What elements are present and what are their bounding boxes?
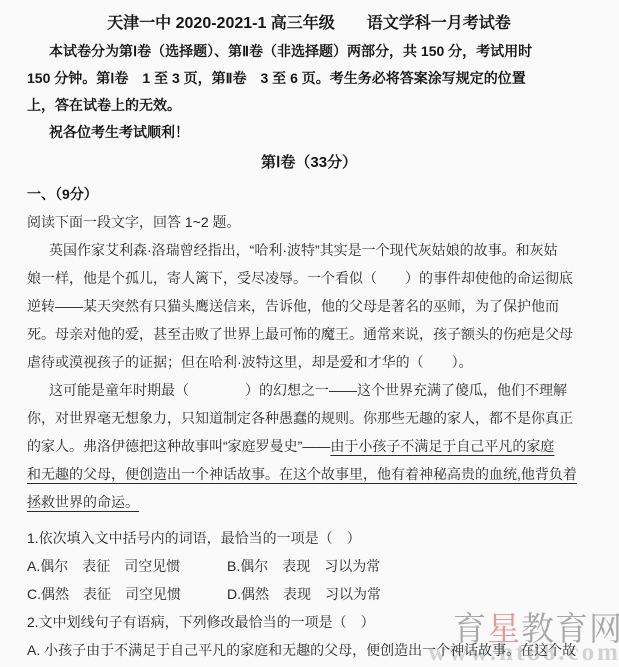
paragraph2-line: 拯救世界的命运。 [27, 488, 591, 516]
intro-line-2: 150 分钟。第Ⅰ卷 1 至 3 页，第Ⅱ卷 3 至 6 页。考生务必将答案涂写… [27, 65, 591, 92]
exam-paper-page: 育星教育网 www.ht88.com 天津一中 2020-2021-1 高三年级… [0, 0, 619, 667]
wish-line: 祝各位考生考试顺利！ [27, 119, 591, 146]
question1-stem: 1.依次填入文中括号内的词语，最恰当的一项是（ ） [27, 524, 591, 552]
question1-option-row: C.偶然 表征 司空见惯 D.偶然 表现 习以为常 [27, 580, 591, 608]
paragraph2-line: 这可能是童年时期最（ ）的幻想之一——这个世界充满了傻瓜，他们不理解 [27, 376, 591, 404]
paragraph1-line: 英国作家艾利森·洛瑞曾经指出，“哈利·波特”其实是一个现代灰姑娘的故事。和灰姑 [27, 236, 591, 264]
reading-instruction: 阅读下面一段文字，回答 1~2 题。 [27, 208, 591, 236]
option-d: D.偶然 表现 习以为常 [227, 580, 381, 608]
question2-stem: 2.文中划线句子有语病，下列修改最恰当的一项是（ ） [27, 608, 591, 636]
question2-option-a: A. 小孩子由于不满足于自己平凡的家庭和无趣的父母，便创造出一个神话故事。在这个… [27, 636, 591, 664]
part-one-heading: 一、（9分） [27, 180, 591, 208]
intro-line-1: 本试卷分为第Ⅰ卷（选择题）、第Ⅱ卷（非选择题）两部分，共 150 分，考试用时 [27, 38, 591, 65]
underlined-sentence-part: 由于小孩子不满足于自己平凡的家庭 [330, 438, 554, 454]
option-b: B.偶尔 表现 习以为常 [227, 552, 380, 580]
paragraph2-line: 和无趣的父母，便创造出一个神话故事。在这个故事里，他有着神秘高贵的血统,他背负着 [27, 460, 591, 488]
paragraph2-line3-normal: 的家人。弗洛伊德把这种故事叫“家庭罗曼史”—— [27, 438, 330, 454]
question1-option-row: A.偶尔 表征 司空见惯 B.偶尔 表现 习以为常 [27, 552, 591, 580]
paper-content: 天津一中 2020-2021-1 高三年级 语文学科一月考试卷 本试卷分为第Ⅰ卷… [0, 0, 619, 664]
underlined-sentence-part: 拯救世界的命运。 [27, 494, 139, 510]
paragraph1-line: 虐待或漠视孩子的证据；但在哈利·波特这里，却是爱和才华的（ ）。 [27, 348, 591, 376]
paragraph2-line: 你，对世界毫无想象力，只知道制定各种愚蠢的规则。你那些无趣的家人，都不是你真正 [27, 404, 591, 432]
paragraph1-line: 逆转——某天突然有只猫头鹰送信来，告诉他，他的父母是著名的巫师，为了保护他而 [27, 292, 591, 320]
option-c: C.偶然 表征 司空见惯 [27, 580, 227, 608]
paragraph1-line: 娘一样，他是个孤儿，寄人篱下，受尽凌辱。一个看似（ ）的事件却使他的命运彻底 [27, 264, 591, 292]
intro-line-3: 上，答在试卷上的无效。 [27, 92, 591, 119]
underlined-sentence-part: 和无趣的父母，便创造出一个神话故事。在这个故事里，他有着神秘高贵的血统,他背负着 [27, 466, 577, 482]
paper-title: 天津一中 2020-2021-1 高三年级 语文学科一月考试卷 [27, 10, 591, 38]
paragraph1-line: 死。母亲对他的爱，甚至击败了世界上最可怖的魔王。通常来说，孩子额头的伤疤是父母 [27, 320, 591, 348]
paragraph2-line: 的家人。弗洛伊德把这种故事叫“家庭罗曼史”——由于小孩子不满足于自己平凡的家庭 [27, 432, 591, 460]
option-a: A.偶尔 表征 司空见惯 [27, 552, 227, 580]
section-title: 第Ⅰ卷（33分） [27, 146, 591, 180]
